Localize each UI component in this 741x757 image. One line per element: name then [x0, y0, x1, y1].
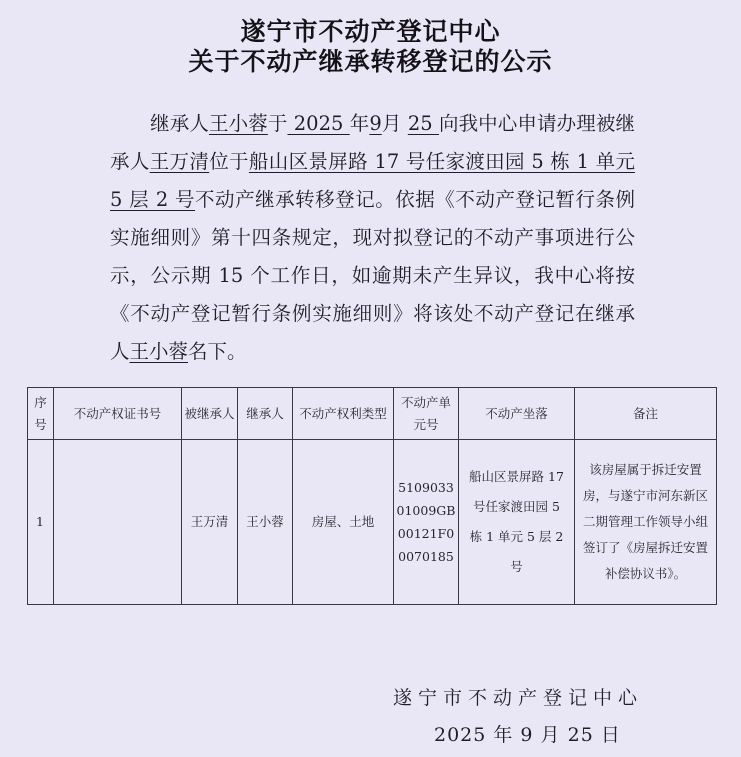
- cell-decedent: 王万清: [182, 440, 238, 605]
- notice-paragraph: 继承人王小蓉于 2025 年9月 25 向我中心申请办理被继承人王万清位于船山区…: [110, 105, 635, 371]
- text-segment: 月: [382, 112, 408, 135]
- header-cert-no: 不动产权证书号: [54, 388, 182, 440]
- text-segment: 名下。: [188, 340, 247, 363]
- property-table: 序号 不动产权证书号 被继承人 继承人 不动产权利类型 不动产单元号 不动产坐落…: [27, 387, 717, 605]
- heir-name-2: 王小蓉: [130, 340, 189, 363]
- table-header-row: 序号 不动产权证书号 被继承人 继承人 不动产权利类型 不动产单元号 不动产坐落…: [28, 388, 717, 440]
- heir-name: 王小蓉: [209, 112, 268, 135]
- text-segment: 继承人: [150, 112, 209, 135]
- application-year: 2025: [287, 112, 349, 135]
- issue-date: 2025 年 9 月 25 日: [434, 720, 621, 747]
- table-row: 1 王万清 王小蓉 房屋、土地 510903301009GB00121F0007…: [28, 440, 717, 605]
- notice-page: 遂宁市不动产登记中心 关于不动产继承转移登记的公示 继承人王小蓉于 2025 年…: [0, 0, 741, 757]
- header-location: 不动产坐落: [459, 388, 575, 440]
- header-heir: 继承人: [238, 388, 293, 440]
- header-decedent: 被继承人: [182, 388, 238, 440]
- cell-index: 1: [28, 440, 54, 605]
- header-unit-no: 不动产单元号: [394, 388, 459, 440]
- cell-unit-no: 510903301009GB00121F00070185: [394, 440, 459, 605]
- text-segment: 于: [268, 112, 288, 135]
- header-index: 序号: [28, 388, 54, 440]
- application-day: 25: [408, 112, 439, 135]
- cell-heir: 王小蓉: [238, 440, 293, 605]
- header-remark: 备注: [575, 388, 717, 440]
- decedent-name: 王万清: [150, 150, 210, 173]
- text-segment: 不动产继承转移登记。依据《不动产登记暂行条例实施细则》第十四条规定，现对拟登记的…: [110, 188, 635, 363]
- application-month: 9: [369, 112, 381, 135]
- cell-cert-no: [54, 440, 182, 605]
- title-line-2: 关于不动产继承转移登记的公示: [0, 42, 741, 78]
- text-segment: 年: [350, 112, 370, 135]
- issuer-name: 遂宁市不动产登记中心: [393, 683, 643, 710]
- cell-remark: 该房屋属于拆迁安置房，与遂宁市河东新区二期管理工作领导小组签订了《房屋拆迁安置补…: [575, 440, 717, 605]
- cell-location: 船山区景屏路 17 号任家渡田园 5 栋 1 单元 5 层 2 号: [459, 440, 575, 605]
- text-segment: 位于: [209, 150, 249, 173]
- header-right-type: 不动产权利类型: [293, 388, 394, 440]
- cell-right-type: 房屋、土地: [293, 440, 394, 605]
